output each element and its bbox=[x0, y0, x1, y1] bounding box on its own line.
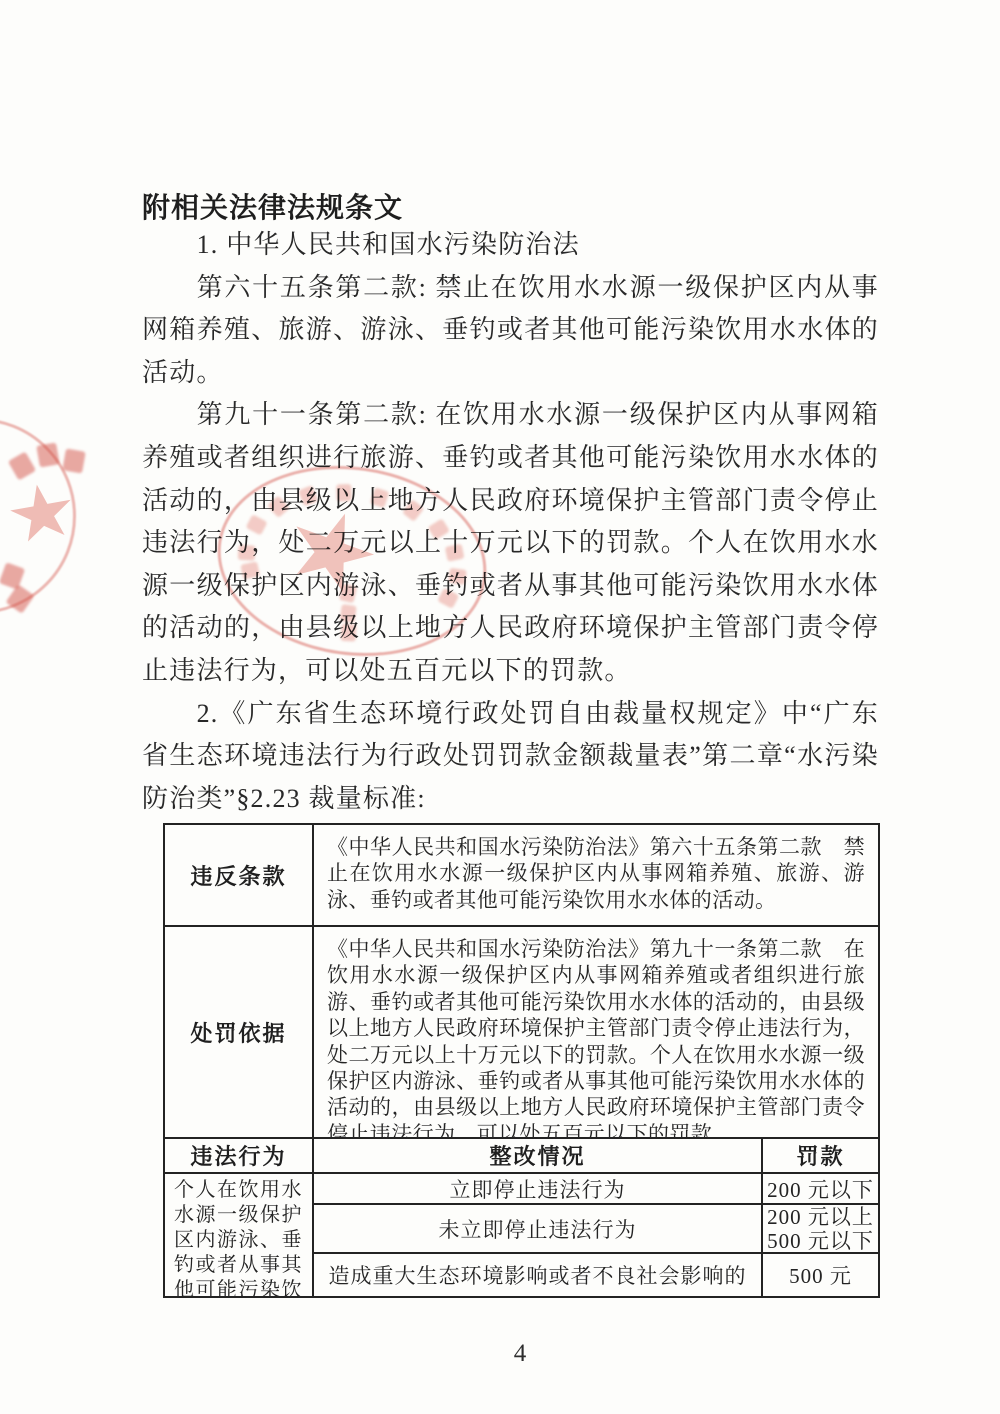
paragraph-guangdong-regulation: 2.《广东省生态环境行政处罚自由裁量权规定》中“广东省生态环境违法行为行政处罚罚… bbox=[142, 693, 879, 821]
seal-glyph-smudge bbox=[62, 448, 86, 473]
table-cell-correction-3: 造成重大生态环境影响或者不良社会影响的 bbox=[314, 1254, 761, 1296]
seal-glyph-smudge bbox=[8, 451, 36, 480]
seal-ring bbox=[0, 418, 76, 614]
seal-glyph-smudge bbox=[36, 442, 60, 467]
page-number: 4 bbox=[0, 1340, 1000, 1368]
table-cell-correction-2: 未立即停止违法行为 bbox=[314, 1205, 761, 1252]
table-header-correction: 整改情况 bbox=[314, 1139, 761, 1172]
scanned-document-page: 附相关法律法规条文 1. 中华人民共和国水污染防治法 第六十五条第二款: 禁止在… bbox=[0, 0, 1000, 1414]
table-label-penalty-basis: 处罚依据 bbox=[165, 927, 312, 1137]
table-label-violation-clause: 违反条款 bbox=[165, 825, 312, 925]
table-content-violation-clause: 《中华人民共和国水污染防治法》第六十五条第二款 禁止在饮用水水源一级保护区内从事… bbox=[314, 825, 878, 925]
table-header-violation: 违法行为 bbox=[165, 1139, 312, 1172]
table-cell-fine-2: 200 元以上 500 元以下 bbox=[763, 1205, 878, 1252]
table-header-fine: 罚款 bbox=[763, 1139, 878, 1172]
table-content-penalty-basis: 《中华人民共和国水污染防治法》第九十一条第二款 在饮用水水源一级保护区内从事网箱… bbox=[314, 927, 878, 1137]
seal-star-icon bbox=[5, 479, 78, 549]
table-cell-fine-1: 200 元以下 bbox=[763, 1174, 878, 1203]
paragraph-article-65: 第六十五条第二款: 禁止在饮用水水源一级保护区内从事网箱养殖、旅游、游泳、垂钓或… bbox=[142, 267, 879, 395]
discretion-standard-table: 违反条款 《中华人民共和国水污染防治法》第六十五条第二款 禁止在饮用水水源一级保… bbox=[163, 823, 880, 1298]
paragraph-law-title: 1. 中华人民共和国水污染防治法 bbox=[142, 224, 879, 267]
paragraph-article-91: 第九十一条第二款: 在饮用水水源一级保护区内从事网箱养殖或者组织进行旅游、垂钓或… bbox=[142, 394, 879, 692]
table-cell-correction-1: 立即停止违法行为 bbox=[314, 1174, 761, 1203]
seal-glyph-smudge bbox=[5, 584, 34, 613]
document-heading: 附相关法律法规条文 bbox=[142, 186, 882, 226]
partial-seal-stamp-icon bbox=[0, 418, 76, 614]
table-cell-violation-description: 个人在饮用水水源一级保护区内游泳、垂钓或者从事其他可能污染饮 bbox=[165, 1174, 312, 1296]
table-cell-fine-3: 500 元 bbox=[763, 1254, 878, 1296]
seal-glyph-smudge bbox=[0, 562, 25, 590]
body-text-block: 1. 中华人民共和国水污染防治法 第六十五条第二款: 禁止在饮用水水源一级保护区… bbox=[142, 224, 879, 820]
